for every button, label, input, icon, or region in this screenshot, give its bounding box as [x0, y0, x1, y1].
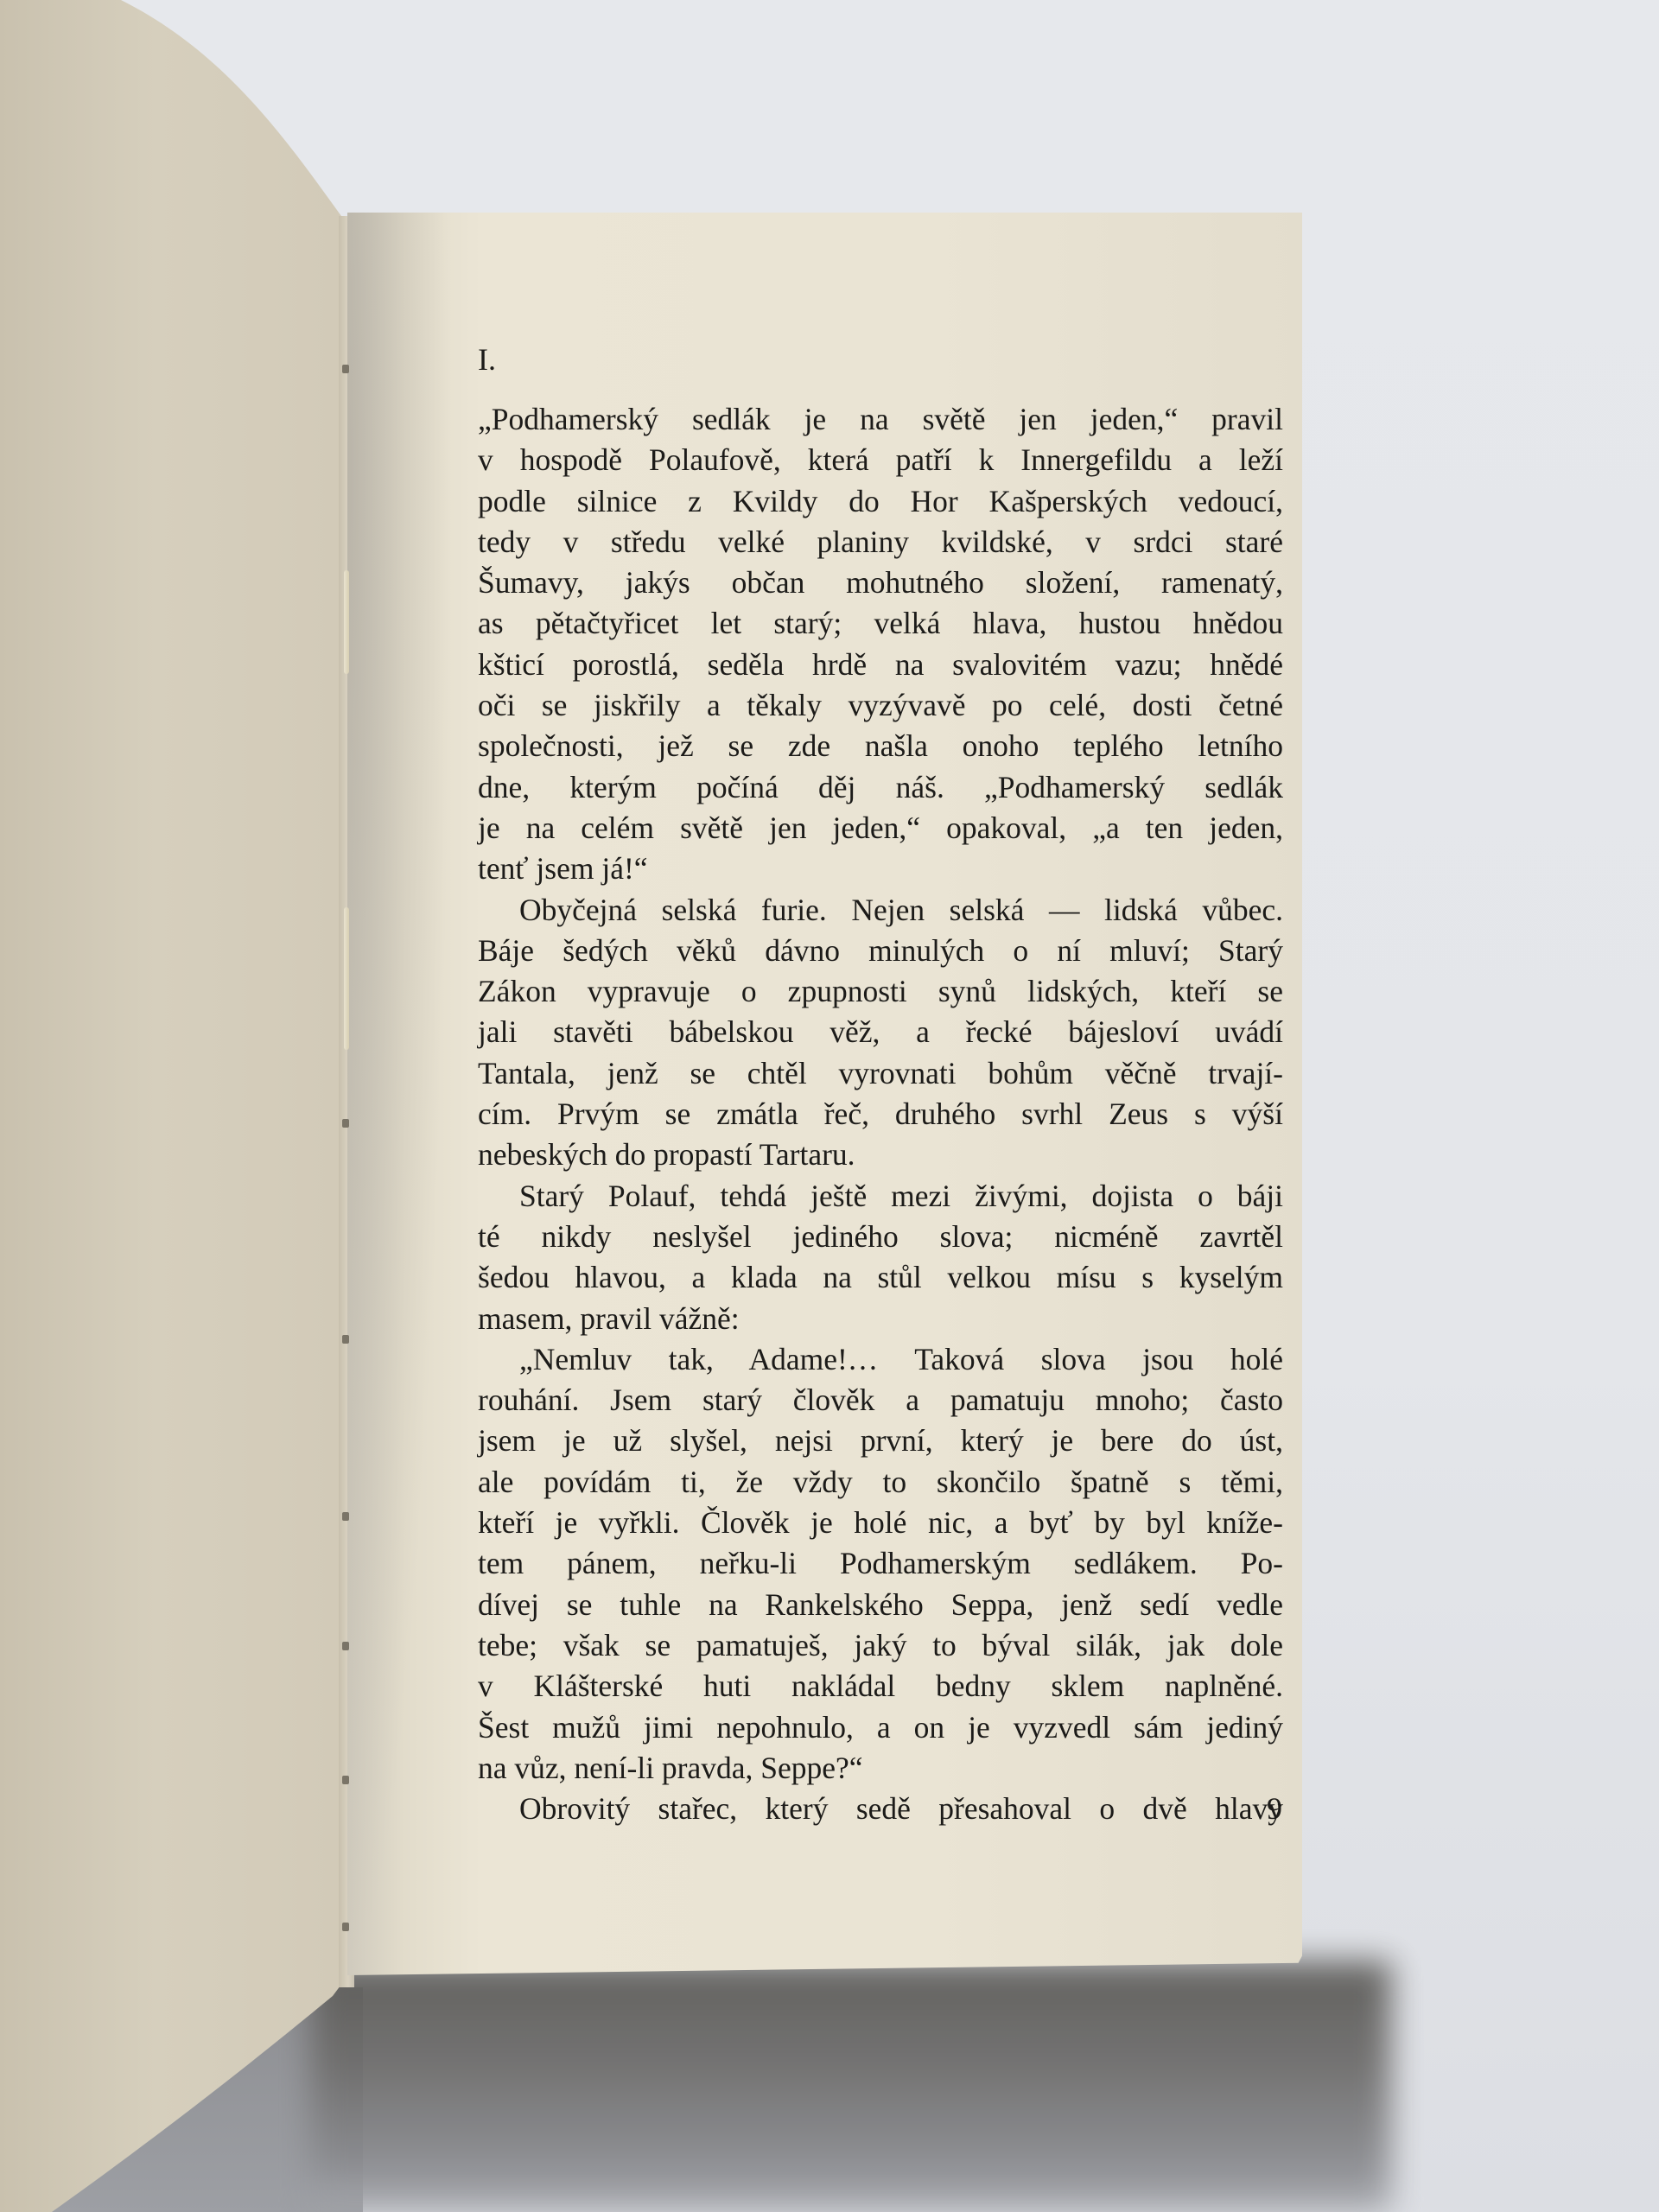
text-line: as pětačtyřicet let starý; velká hlava, … [478, 603, 1283, 644]
text-line: Šest mužů jimi nepohnulo, a on je vyzved… [478, 1707, 1283, 1748]
binding-thread [344, 570, 349, 674]
binding-stitch [342, 1512, 349, 1521]
text-line: dne, kterým počíná děj náš. „Podhamerský… [478, 767, 1283, 808]
chapter-heading: I. [478, 341, 496, 378]
binding-stitch [342, 1923, 349, 1931]
text-line: té nikdy neslyšel jediného slova; nicmén… [478, 1217, 1283, 1257]
text-line: Báje šedých věků dávno minulých o ní mlu… [478, 931, 1283, 971]
text-line: Šumavy, jakýs občan mohutného složení, r… [478, 563, 1283, 603]
text-line: rouhání. Jsem starý člověk a pamatuju mn… [478, 1380, 1283, 1421]
text-line: v hospodě Polaufově, která patří k Inner… [478, 440, 1283, 480]
left-page [0, 0, 346, 2212]
text-line: jsem je už slyšel, nejsi první, který je… [478, 1421, 1283, 1461]
text-line: Tantala, jenž se chtěl vyrovnati bohům v… [478, 1053, 1283, 1094]
text-line: „Nemluv tak, Adame!… Taková slova jsou h… [478, 1339, 1283, 1380]
text-line: Obyčejná selská furie. Nejen selská — li… [478, 890, 1283, 931]
text-line: kteří je vyřkli. Člověk je holé nic, a b… [478, 1503, 1283, 1543]
text-line: Obrovitý stařec, který sedě přesahoval o… [478, 1789, 1283, 1829]
text-line: tem pánem, neřku-li Podhamerským sedláke… [478, 1543, 1283, 1584]
book-shadow [311, 1961, 1391, 2212]
text-line: na vůz, není-li pravda, Seppe?“ [478, 1748, 1283, 1789]
binding-stitch [342, 1642, 349, 1650]
binding-stitch [342, 1776, 349, 1784]
gutter-shadow [347, 213, 451, 1975]
text-line: kšticí porostlá, seděla hrdě na svalovit… [478, 645, 1283, 685]
binding-thread [344, 907, 349, 1050]
body-text: „Podhamerský sedlák je na světě jen jede… [478, 399, 1283, 1829]
binding-stitch [342, 365, 349, 373]
binding-stitch [342, 1335, 349, 1344]
text-line: ale povídám ti, že vždy to skončilo špat… [478, 1462, 1283, 1503]
text-line: tebe; však se pamatuješ, jaký to býval s… [478, 1625, 1283, 1666]
text-line: nebeských do propastí Tartaru. [478, 1135, 1283, 1175]
page-number: 9 [1267, 1790, 1282, 1827]
text-line: jali stavěti bábelskou věž, a řecké báje… [478, 1012, 1283, 1052]
text-line: podle silnice z Kvildy do Hor Kašperskýc… [478, 481, 1283, 522]
text-line: tedy v středu velké planiny kvildské, v … [478, 522, 1283, 563]
text-line: tenť jsem já!“ [478, 849, 1283, 889]
text-line: společnosti, jež se zde našla onoho tepl… [478, 726, 1283, 766]
text-line: dívej se tuhle na Rankelského Seppa, jen… [478, 1585, 1283, 1625]
text-line: Zákon vypravuje o zpupnosti synů lidskýc… [478, 971, 1283, 1012]
text-line: oči se jiskřily a těkaly vyzývavě po cel… [478, 685, 1283, 726]
text-line: Starý Polauf, tehdá ještě mezi živými, d… [478, 1176, 1283, 1217]
text-line: masem, pravil vážně: [478, 1299, 1283, 1339]
text-line: cím. Prvým se zmátla řeč, druhého svrhl … [478, 1094, 1283, 1135]
text-line: „Podhamerský sedlák je na světě jen jede… [478, 399, 1283, 440]
text-line: je na celém světě jen jeden,“ opakoval, … [478, 808, 1283, 849]
binding-stitch [342, 1119, 349, 1128]
text-line: v Klášterské huti nakládal bedny sklem n… [478, 1666, 1283, 1707]
text-line: šedou hlavou, a klada na stůl velkou mís… [478, 1257, 1283, 1298]
